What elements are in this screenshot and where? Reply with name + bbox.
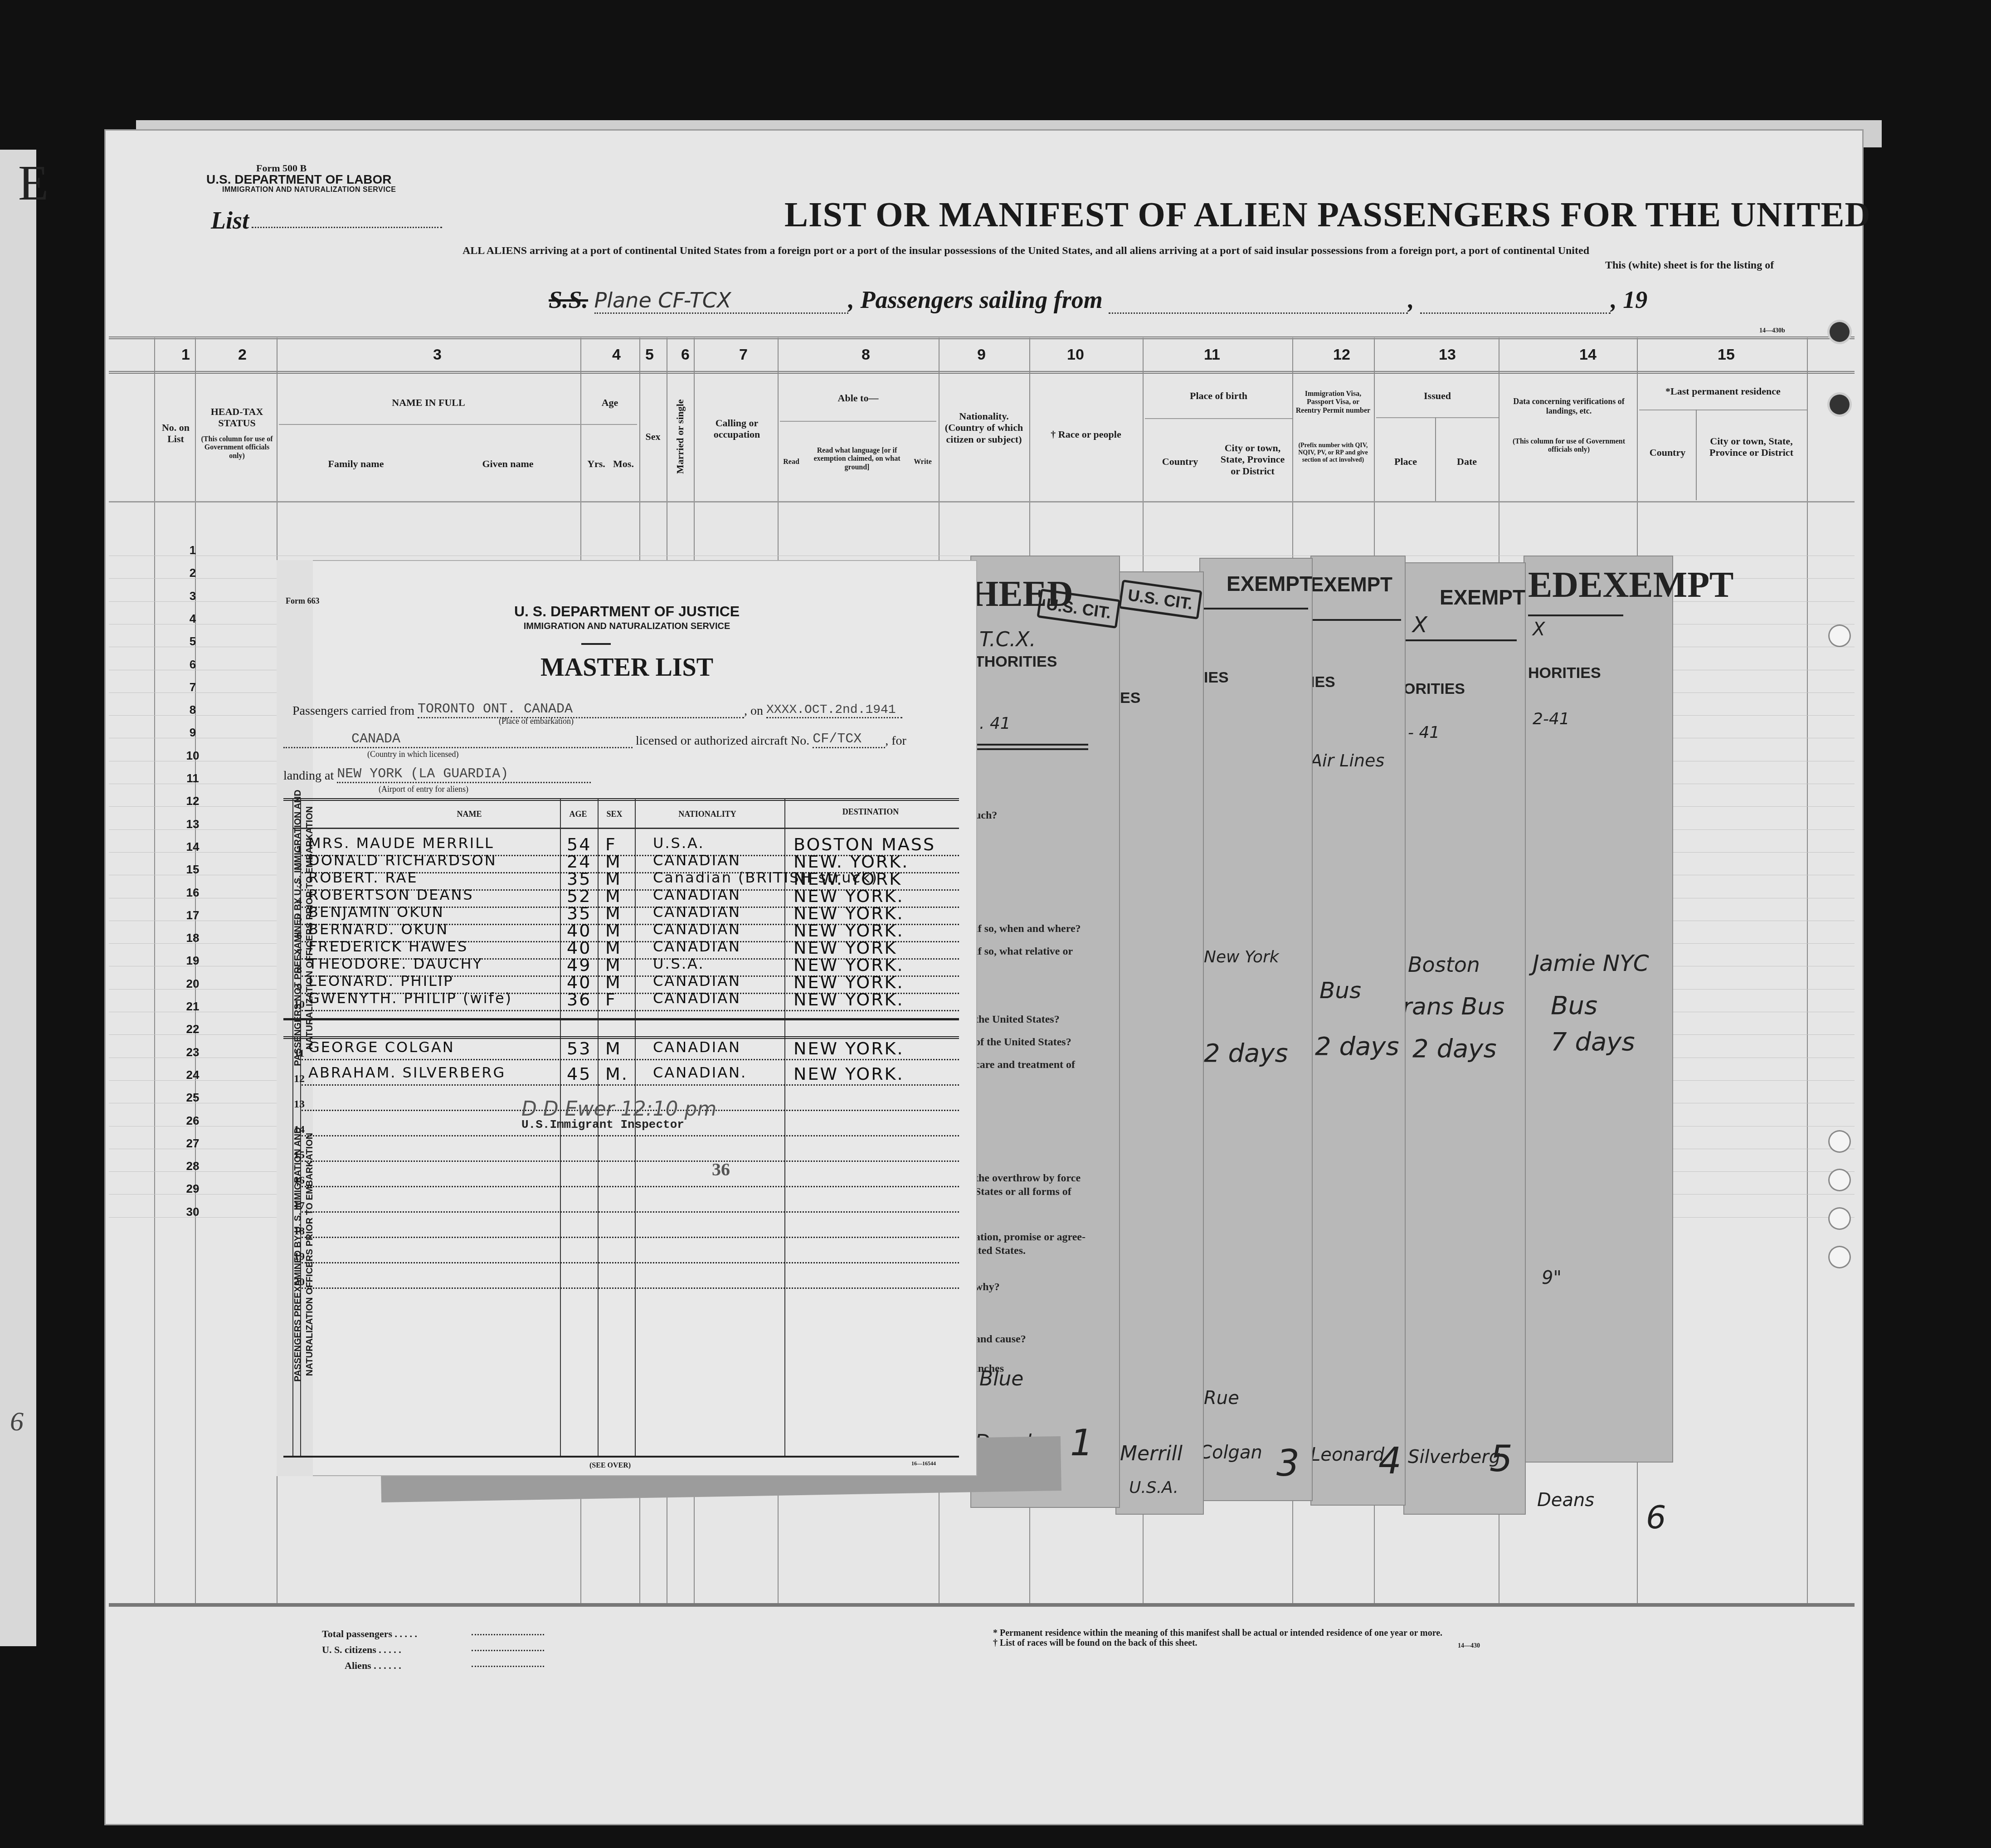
card-prompt: States or all forms of — [975, 1186, 1071, 1198]
col-num-5: 5 — [645, 346, 654, 364]
header-lr-country: Country — [1641, 447, 1694, 458]
col-num-12: 12 — [1333, 346, 1350, 364]
master-list-form: Form 663 U. S. DEPARTMENT OF JUSTICE IMM… — [277, 560, 977, 1476]
passenger-sex: M — [605, 1039, 622, 1058]
sailing-label: Passengers sailing from — [861, 286, 1103, 313]
inspection-card-2[interactable]: U.S. CIT. ES Merrill U.S.A. — [1115, 571, 1204, 1515]
passenger-name: FREDERICK HAWES — [308, 938, 468, 955]
col-num-3: 3 — [433, 346, 442, 364]
col-num-8: 8 — [862, 346, 870, 364]
header-no-on-list: No. on List — [159, 422, 193, 445]
punch-hole — [1830, 1247, 1850, 1267]
on-label: , on — [744, 704, 763, 718]
row-number: 13 — [290, 1098, 308, 1111]
table-row[interactable] — [302, 1160, 959, 1162]
header-pob-country: Country — [1147, 456, 1213, 467]
grid-line — [1696, 410, 1697, 500]
punch-hole — [1830, 1209, 1850, 1229]
card-duration: 7 days — [1551, 1027, 1635, 1057]
header-data-concerning: Data concerning verifications of landing… — [1503, 397, 1635, 415]
row-number: 11 — [290, 1048, 308, 1060]
passenger-nationality: CANADIAN — [653, 938, 741, 955]
header-issued: Issued — [1376, 390, 1499, 401]
inspection-card-3[interactable]: EXEMPT IES New York 2 days Rue Colgan 3 — [1199, 558, 1313, 1501]
instructions-line-1: ALL ALIENS arriving at a port of contine… — [462, 245, 1589, 257]
carried-from-row: Passengers carried from TORONTO ONT. CAN… — [292, 702, 902, 718]
passenger-destination: NEW YORK. — [793, 990, 904, 1009]
card-heading: ES — [1120, 689, 1140, 707]
card-handwriting: X — [1533, 619, 1545, 640]
row-number: 1 — [290, 844, 308, 856]
punch-hole — [1830, 322, 1850, 342]
vessel-line: S.S. Plane CF-TCX, Passengers sailing fr… — [549, 286, 1647, 314]
row-number: 10 — [290, 999, 308, 1011]
passenger-name: MRS. MAUDE MERRILL — [308, 834, 494, 852]
license-country-field[interactable]: CANADA — [283, 731, 633, 748]
inspector-caption: U.S.Immigrant Inspector — [521, 1118, 684, 1131]
card-destination: Air Lines — [1310, 751, 1384, 770]
sailing-date-field[interactable] — [1420, 312, 1611, 314]
passenger-name: DONALD RICHARDSON — [308, 852, 497, 869]
aircraft-field[interactable]: CF/TCX — [813, 731, 885, 748]
for-label: , for — [885, 734, 906, 748]
total-passengers-field[interactable] — [472, 1634, 544, 1635]
card-number: 1 — [1070, 1422, 1093, 1464]
row-number: 16 — [290, 1175, 308, 1187]
table-row[interactable] — [302, 1211, 959, 1213]
card-signature: Leonard — [1310, 1444, 1384, 1465]
header-data-note: (This column for use of Government offic… — [1503, 438, 1635, 454]
col-num-13: 13 — [1439, 346, 1456, 364]
grid-line — [195, 338, 196, 1603]
table-row[interactable] — [302, 1135, 959, 1136]
punch-hole — [1830, 395, 1850, 414]
col-num-6: 6 — [681, 346, 690, 364]
card-transport: Bus — [1319, 977, 1361, 1004]
card-prompt: why? — [975, 1281, 1000, 1293]
header-married: Married or single — [674, 391, 686, 482]
row-number: 9 — [290, 981, 308, 994]
header-pob-city: City or town, State, Province or Distric… — [1215, 442, 1290, 477]
table-bottom-rule — [109, 1603, 1855, 1607]
us-citizens-field[interactable] — [472, 1650, 544, 1651]
header-last-residence: *Last permanent residence — [1639, 385, 1807, 397]
passenger-nationality: CANADIAN — [653, 972, 741, 990]
header-bottom-rule — [109, 501, 1855, 502]
passenger-name: BERNARD. OKUN — [308, 921, 448, 938]
card-prompt: the overthrow by force — [975, 1172, 1081, 1185]
card-destination: New York — [1204, 948, 1279, 966]
header-nationality: Nationality. (Country of which citizen o… — [941, 410, 1027, 445]
card-duration: 2 days — [1412, 1034, 1497, 1063]
table-row[interactable] — [302, 1237, 959, 1238]
table-row[interactable] — [302, 1287, 959, 1289]
master-service: IMMIGRATION AND NATURALIZATION SERVICE — [277, 621, 977, 632]
table-top-rule — [283, 798, 959, 801]
col-num-2: 2 — [238, 346, 247, 364]
total-passengers-label: Total passengers . . . . . — [322, 1628, 417, 1640]
stamp-exempt: EXEMPT — [1440, 585, 1525, 609]
header-divider — [780, 421, 936, 422]
card-heading: HORITIES — [1528, 664, 1601, 682]
col-header-sex: SEX — [596, 809, 633, 819]
table-row[interactable] — [302, 1084, 959, 1086]
table-row[interactable] — [302, 1059, 959, 1060]
page-title: LIST OR MANIFEST OF ALIEN PASSENGERS FOR… — [784, 194, 1871, 235]
passenger-nationality: U.S.A. — [653, 955, 705, 972]
date-field[interactable]: XXXX.OCT.2nd.1941 — [766, 703, 902, 718]
col-header-destination: DESTINATION — [782, 807, 959, 817]
grid-line — [154, 338, 155, 1603]
grid-line — [1807, 338, 1808, 1603]
landing-field[interactable]: NEW YORK (LA GUARDIA) — [337, 766, 591, 783]
passenger-destination: NEW YORK. — [793, 1039, 904, 1058]
header-issued-place: Place — [1378, 456, 1433, 467]
section-label-line: PASSENGERS NOT PREEXAMINED BY U. S. IMMI… — [293, 790, 303, 1066]
stamp-exempt: EDEXEMPT — [1528, 565, 1733, 606]
stamped-page-number: 36 — [712, 1159, 730, 1180]
footnote-permanent-residence: * Permanent residence within the meaning… — [993, 1628, 1442, 1638]
card-destination: Boston — [1408, 952, 1480, 977]
punch-hole — [1830, 1170, 1850, 1190]
card-prompt: ation, promise or agree- — [975, 1231, 1086, 1243]
card-eye-color: Blue — [979, 1367, 1023, 1390]
header-divider — [1376, 417, 1499, 418]
passenger-age: 45 — [567, 1064, 591, 1084]
carried-from-label: Passengers carried from — [292, 704, 414, 718]
year-prefix: 19 — [1623, 286, 1647, 313]
passenger-name: LEONARD. PHILIP — [308, 972, 454, 990]
header-divider — [1145, 418, 1292, 419]
card-handwriting: T.C.X. — [979, 628, 1036, 651]
inspection-card-6[interactable]: EDEXEMPT X HORITIES 2-41 Jamie NYC Bus 7… — [1524, 556, 1673, 1463]
card-number: 6 — [1646, 1499, 1666, 1536]
card-signature: Silverberg — [1408, 1447, 1500, 1468]
col-num-11: 11 — [1204, 346, 1220, 364]
stamp-exempt: EXEMPT — [1310, 574, 1392, 596]
row-number: 5 — [290, 912, 308, 925]
passenger-name: ROBERTSON DEANS — [308, 886, 474, 903]
header-visa-note: (Prefix number with QIV, NQIV, PV, or RP… — [1295, 442, 1372, 464]
passenger-nationality: CANADIAN — [653, 990, 741, 1007]
card-rule — [1403, 639, 1517, 641]
row-number: 4 — [290, 895, 308, 907]
header-divider — [1639, 410, 1807, 410]
card-rule — [1528, 614, 1623, 616]
stamp-us-citizen: U.S. CIT. — [1037, 589, 1120, 629]
header-age: Age — [585, 397, 635, 408]
card-date: 2-41 — [1533, 710, 1570, 728]
country-caption: (Country in which licensed) — [367, 750, 458, 759]
inspection-card-4[interactable]: EXEMPT IES Air Lines Bus 2 days Leonard … — [1310, 556, 1406, 1506]
card-number: 4 — [1378, 1440, 1402, 1482]
card-handwriting: X — [1412, 612, 1427, 638]
header-bottom-rule — [292, 828, 959, 829]
ss-label: S.S. — [549, 286, 588, 313]
card-number: 5 — [1490, 1438, 1513, 1480]
inspector-signature: D D Ewer 12:10 pm — [521, 1097, 716, 1121]
card-date: . 41 — [979, 714, 1011, 733]
passenger-name: BENJAMIN OKUN — [308, 903, 444, 921]
header-lr-city: City or town, State, Province or Distric… — [1698, 435, 1805, 458]
passenger-age: 36 — [567, 990, 591, 1009]
card-prompt: and cause? — [975, 1333, 1026, 1346]
col-num-9: 9 — [977, 346, 986, 364]
section-divider — [283, 1018, 959, 1020]
card-date: - 41 — [1408, 723, 1440, 742]
license-row: CANADA licensed or authorized aircraft N… — [283, 731, 906, 748]
stamp-exempt: EXEMPT — [1227, 571, 1312, 596]
header-calling: Calling or occupation — [698, 417, 775, 440]
see-over-label: (SEE OVER) — [589, 1462, 631, 1470]
card-rule — [1310, 619, 1401, 621]
passenger-nationality: U.S.A. — [653, 834, 705, 852]
header-sex: Sex — [642, 431, 664, 442]
passenger-nationality: CANADIAN — [653, 903, 741, 921]
passenger-age: 53 — [567, 1039, 591, 1058]
header-read: Read — [780, 458, 803, 466]
card-prompt: if so, when and where? — [975, 923, 1081, 935]
adjacent-page-mark: 6 — [10, 1406, 24, 1437]
card-prompt: if so, what relative or — [975, 946, 1073, 958]
footnote-races: † List of races will be found on the bac… — [993, 1638, 1198, 1648]
header-issued-date: Date — [1437, 456, 1496, 467]
landing-row: landing at NEW YORK (LA GUARDIA) — [283, 766, 591, 783]
card-subnote: U.S.A. — [1129, 1478, 1178, 1497]
card-rule — [975, 744, 1088, 746]
passenger-nationality: CANADIAN — [653, 1039, 741, 1056]
col-header-name: NAME — [379, 809, 560, 819]
header-family-name: Family name — [281, 458, 431, 469]
header-race: † Race or people — [1032, 429, 1140, 440]
form-code: 14—430b — [1759, 327, 1785, 335]
card-destination: Jamie NYC — [1533, 950, 1649, 976]
carried-from-field[interactable]: TORONTO ONT. CANADA — [418, 702, 744, 718]
stamp-us-citizen: U.S. CIT. — [1118, 580, 1202, 619]
col-num-14: 14 — [1579, 346, 1597, 364]
inspection-card-1[interactable]: HEED U.S. CIT. T.C.X. THORITIES . 41 uch… — [970, 556, 1120, 1508]
header-write: Write — [909, 458, 936, 466]
department-label: U.S. DEPARTMENT OF LABOR — [206, 172, 392, 187]
table-row[interactable] — [302, 1262, 959, 1263]
row-number: 14 — [290, 1124, 308, 1136]
row-number: 20 — [290, 1276, 308, 1288]
row-number: 15 — [290, 1149, 308, 1161]
row-number: 2 — [290, 861, 308, 873]
card-prompt: ited States. — [975, 1245, 1026, 1257]
licensed-label: licensed or authorized aircraft No. — [636, 734, 809, 748]
card-heading: IES — [1204, 669, 1229, 687]
grid-line — [1435, 417, 1436, 501]
inspection-card-5[interactable]: EXEMPT X ORITIES - 41 Boston Trans Bus 2… — [1403, 562, 1526, 1515]
header-divider — [279, 424, 637, 425]
instructions-line-2: This (white) sheet is for the listing of — [1605, 259, 1774, 272]
card-signature: Deans — [1537, 1490, 1594, 1511]
col-num-4: 4 — [612, 346, 621, 364]
sailing-from-field[interactable] — [1109, 312, 1408, 314]
col-num-1: 1 — [181, 346, 190, 364]
header-read-language: Read what language [or if exemption clai… — [807, 447, 907, 472]
passenger-sex: F — [605, 990, 617, 1009]
header-place-of-birth: Place of birth — [1147, 390, 1290, 401]
row-number: 18 — [290, 1225, 308, 1238]
card-duration: 2 days — [1204, 1039, 1288, 1068]
header-name-in-full: NAME IN FULL — [326, 397, 531, 408]
card-remark: Rue — [1204, 1388, 1239, 1409]
card-prompt: uch? — [975, 809, 997, 822]
header-visa: Immigration Visa, Passport Visa, or Reen… — [1295, 390, 1372, 415]
card-number: 3 — [1276, 1442, 1300, 1484]
card-height: 9" — [1542, 1268, 1562, 1288]
header-head-tax: HEAD-TAX STATUS — [200, 406, 274, 429]
card-prompt: of the United States? — [975, 1036, 1071, 1048]
card-heading: ORITIES — [1403, 680, 1465, 698]
adjacent-page-fragment: E — [18, 154, 49, 212]
passenger-sex: M. — [605, 1064, 628, 1084]
card-rule — [975, 748, 1088, 750]
table-bottom-rule — [283, 1456, 959, 1458]
passenger-destination: NEW YORK. — [793, 1064, 904, 1084]
us-citizens-label: U. S. citizens . . . . . — [322, 1644, 401, 1656]
passenger-name: ABRAHAM. SILVERBERG — [308, 1064, 506, 1081]
header-mos: Mos. — [610, 458, 637, 469]
col-header-nationality: NATIONALITY — [633, 809, 782, 819]
row-number: 17 — [290, 1200, 308, 1212]
row-number: 3 — [290, 878, 308, 890]
col-header-age: AGE — [560, 809, 596, 819]
passenger-name: THEODORE. DAUCHY — [308, 955, 483, 972]
card-transport: Trans Bus — [1390, 993, 1504, 1020]
card-transport: Bus — [1551, 991, 1597, 1020]
row-number: 6 — [290, 930, 308, 942]
aliens-label: Aliens . . . . . . — [345, 1660, 401, 1672]
footer-form-code: 14—430 — [1458, 1643, 1480, 1650]
passenger-name: ROBERT. RAE — [308, 869, 418, 886]
row-number: 7 — [290, 947, 308, 959]
card-heading: IES — [1310, 673, 1335, 691]
header-given-name: Given name — [435, 458, 580, 469]
card-signature: Colgan — [1199, 1442, 1262, 1463]
passenger-nationality: CANADIAN. — [653, 1064, 747, 1081]
aliens-field[interactable] — [472, 1666, 544, 1667]
list-field[interactable] — [252, 227, 442, 228]
col-num-15: 15 — [1718, 346, 1735, 364]
card-prompt: care and treatment of — [975, 1059, 1075, 1071]
passenger-name: GWENYTH. PHILIP (wife) — [308, 990, 512, 1007]
row-number: 19 — [290, 1251, 308, 1263]
master-form-code: 16—16544 — [911, 1460, 936, 1467]
divider — [581, 643, 611, 645]
card-duration: 2 days — [1315, 1032, 1399, 1061]
passenger-nationality: CANADIAN — [653, 886, 741, 903]
list-label: List — [211, 206, 249, 234]
passenger-nationality: CANADIAN — [653, 921, 741, 938]
master-department: U. S. DEPARTMENT OF JUSTICE — [277, 603, 977, 620]
row-number: 12 — [290, 1073, 308, 1085]
card-heading: THORITIES — [975, 653, 1057, 671]
vessel-field[interactable]: Plane CF-TCX — [594, 288, 848, 314]
landing-caption: (Airport of entry for aliens) — [379, 785, 468, 794]
row-number: 8 — [290, 964, 308, 976]
table-row[interactable] — [302, 1010, 959, 1011]
passenger-nationality: CANADIAN — [653, 852, 741, 869]
master-title: MASTER LIST — [277, 653, 977, 682]
grid-line — [784, 799, 785, 1457]
card-signature: Merrill — [1120, 1442, 1183, 1465]
punch-hole — [1830, 1131, 1850, 1151]
col-num-7: 7 — [739, 346, 748, 364]
passenger-name: GEORGE COLGAN — [308, 1039, 455, 1056]
column-number-row: 1 2 3 4 5 6 7 8 9 10 11 12 13 14 15 — [109, 336, 1855, 374]
header-yrs: Yrs. — [583, 458, 610, 469]
col-num-10: 10 — [1067, 346, 1084, 364]
table-row[interactable] — [302, 1186, 959, 1187]
punch-hole — [1830, 626, 1850, 646]
service-label: IMMIGRATION AND NATURALIZATION SERVICE — [222, 186, 396, 194]
card-rule — [1204, 608, 1308, 609]
card-prompt: the United States? — [975, 1014, 1060, 1026]
header-head-tax-note: (This column for use of Government offic… — [200, 435, 274, 460]
embarkation-caption: (Place of embarkation) — [499, 717, 574, 726]
header-able-to: Able to— — [780, 392, 936, 404]
